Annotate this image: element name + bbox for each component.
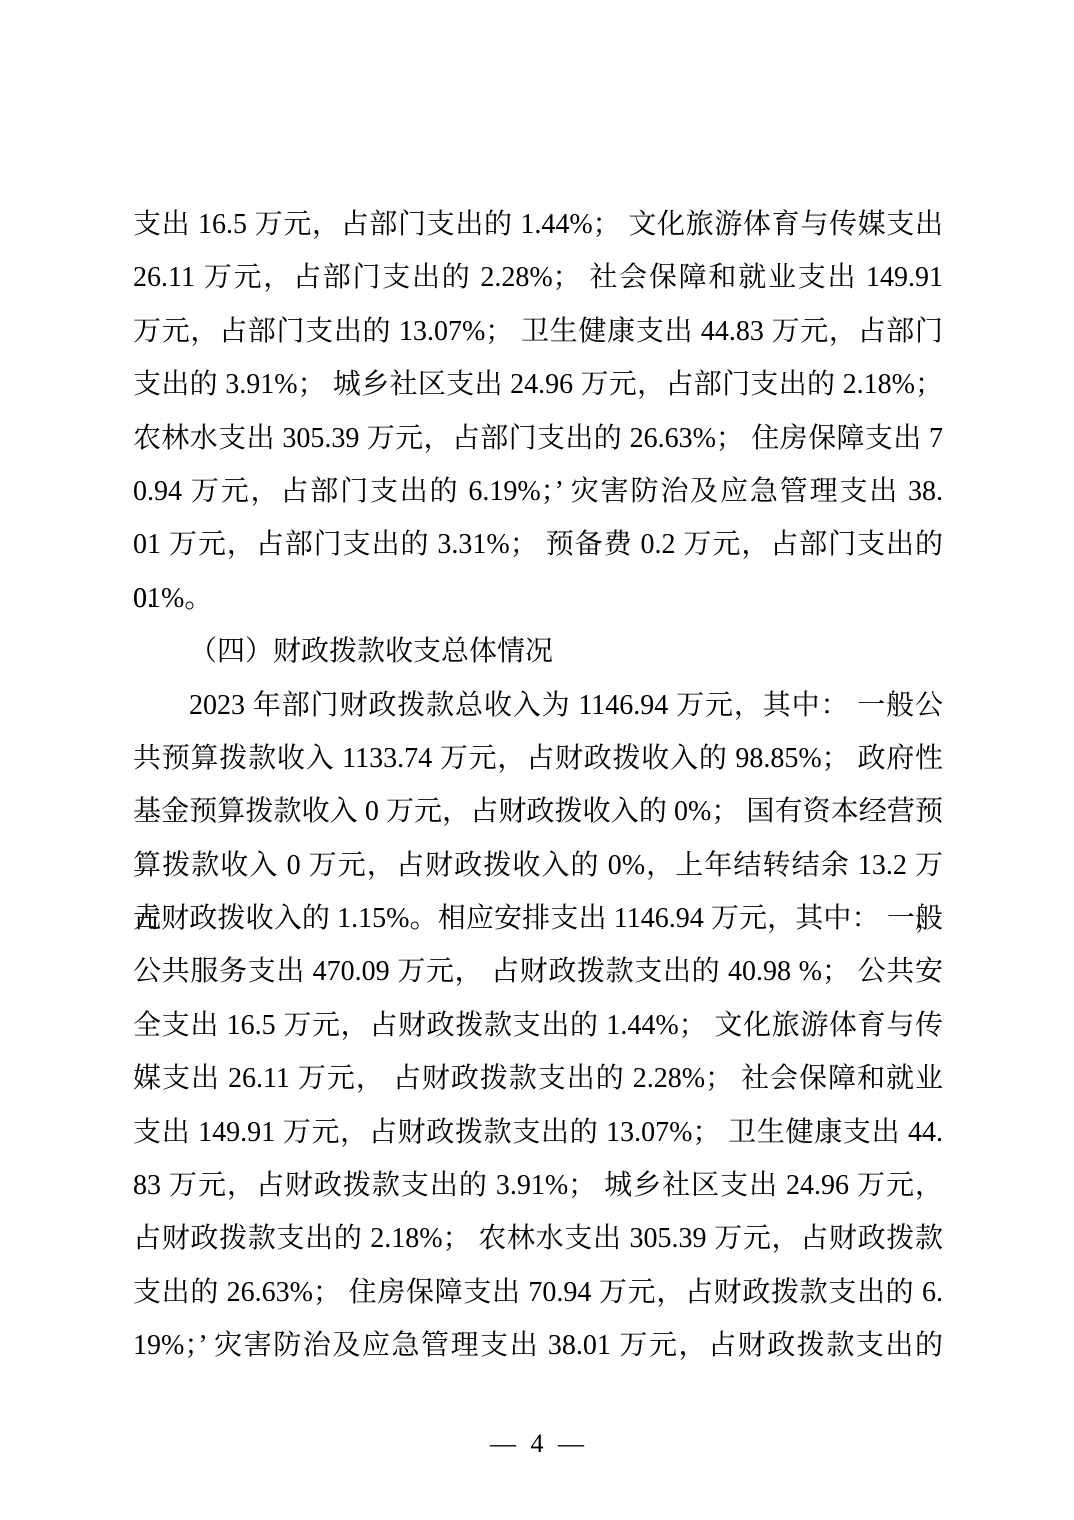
page-number: — 4 —: [0, 1424, 1074, 1464]
body-line-12: 基金预算拨款收入 0 万元，占财政拨收入的 0%； 国有资本经营预: [133, 785, 943, 838]
body-line-20: 占财政拨款支出的 2.18%； 农林水支出 305.39 万元，占财政拨款: [133, 1212, 943, 1265]
document-text-block: 支出 16.5 万元，占部门支出的 1.44%； 文化旅游体育与传媒支出 26.…: [133, 198, 943, 1373]
body-line-19: 83 万元，占财政拨款支出的 3.91%； 城乡社区支出 24.96 万元，: [133, 1159, 943, 1212]
body-line-10: 2023 年部门财政拨款总收入为 1146.94 万元，其中： 一般公: [133, 679, 943, 732]
body-line-02: 26.11 万元，占部门支出的 2.28%； 社会保障和就业支出 149.91: [133, 251, 943, 304]
body-line-03: 万元，占部门支出的 13.07%； 卫生健康支出 44.83 万元，占部门: [133, 305, 943, 358]
body-line-16: 全支出 16.5 万元，占财政拨款支出的 1.44%； 文化旅游体育与传: [133, 999, 943, 1052]
body-line-07: 01 万元，占部门支出的 3.31%； 预备费 0.2 万元，占部门支出的 0.: [133, 518, 943, 571]
body-line-22: 19%；’ 灾害防治及应急管理支出 38.01 万元，占财政拨款支出的: [133, 1319, 943, 1372]
body-line-18: 支出 149.91 万元，占财政拨款支出的 13.07%； 卫生健康支出 44.: [133, 1106, 943, 1159]
body-line-14: 占财政拨收入的 1.15%。相应安排支出 1146.94 万元，其中： 一般: [133, 892, 943, 945]
body-line-01: 支出 16.5 万元，占部门支出的 1.44%； 文化旅游体育与传媒支出: [133, 198, 943, 251]
body-line-13: 算拨款收入 0 万元，占财政拨收入的 0%，上年结转结余 13.2 万元，: [133, 839, 943, 892]
body-line-21: 支出的 26.63%； 住房保障支出 70.94 万元，占财政拨款支出的 6.: [133, 1266, 943, 1319]
body-line-06: 0.94 万元，占部门支出的 6.19%；’ 灾害防治及应急管理支出 38.: [133, 465, 943, 518]
body-line-04: 支出的 3.91%； 城乡社区支出 24.96 万元，占部门支出的 2.18%；: [133, 358, 943, 411]
body-line-05: 农林水支出 305.39 万元，占部门支出的 26.63%； 住房保障支出 7: [133, 412, 943, 465]
body-line-08: 01%。: [133, 572, 943, 625]
body-line-11: 共预算拨款收入 1133.74 万元，占财政拨收入的 98.85%； 政府性: [133, 732, 943, 785]
body-line-15: 公共服务支出 470.09 万元， 占财政拨款支出的 40.98 %； 公共安: [133, 945, 943, 998]
body-line-17: 媒支出 26.11 万元， 占财政拨款支出的 2.28%； 社会保障和就业: [133, 1052, 943, 1105]
section-heading-4: （四）财政拨款收支总体情况: [133, 625, 943, 678]
